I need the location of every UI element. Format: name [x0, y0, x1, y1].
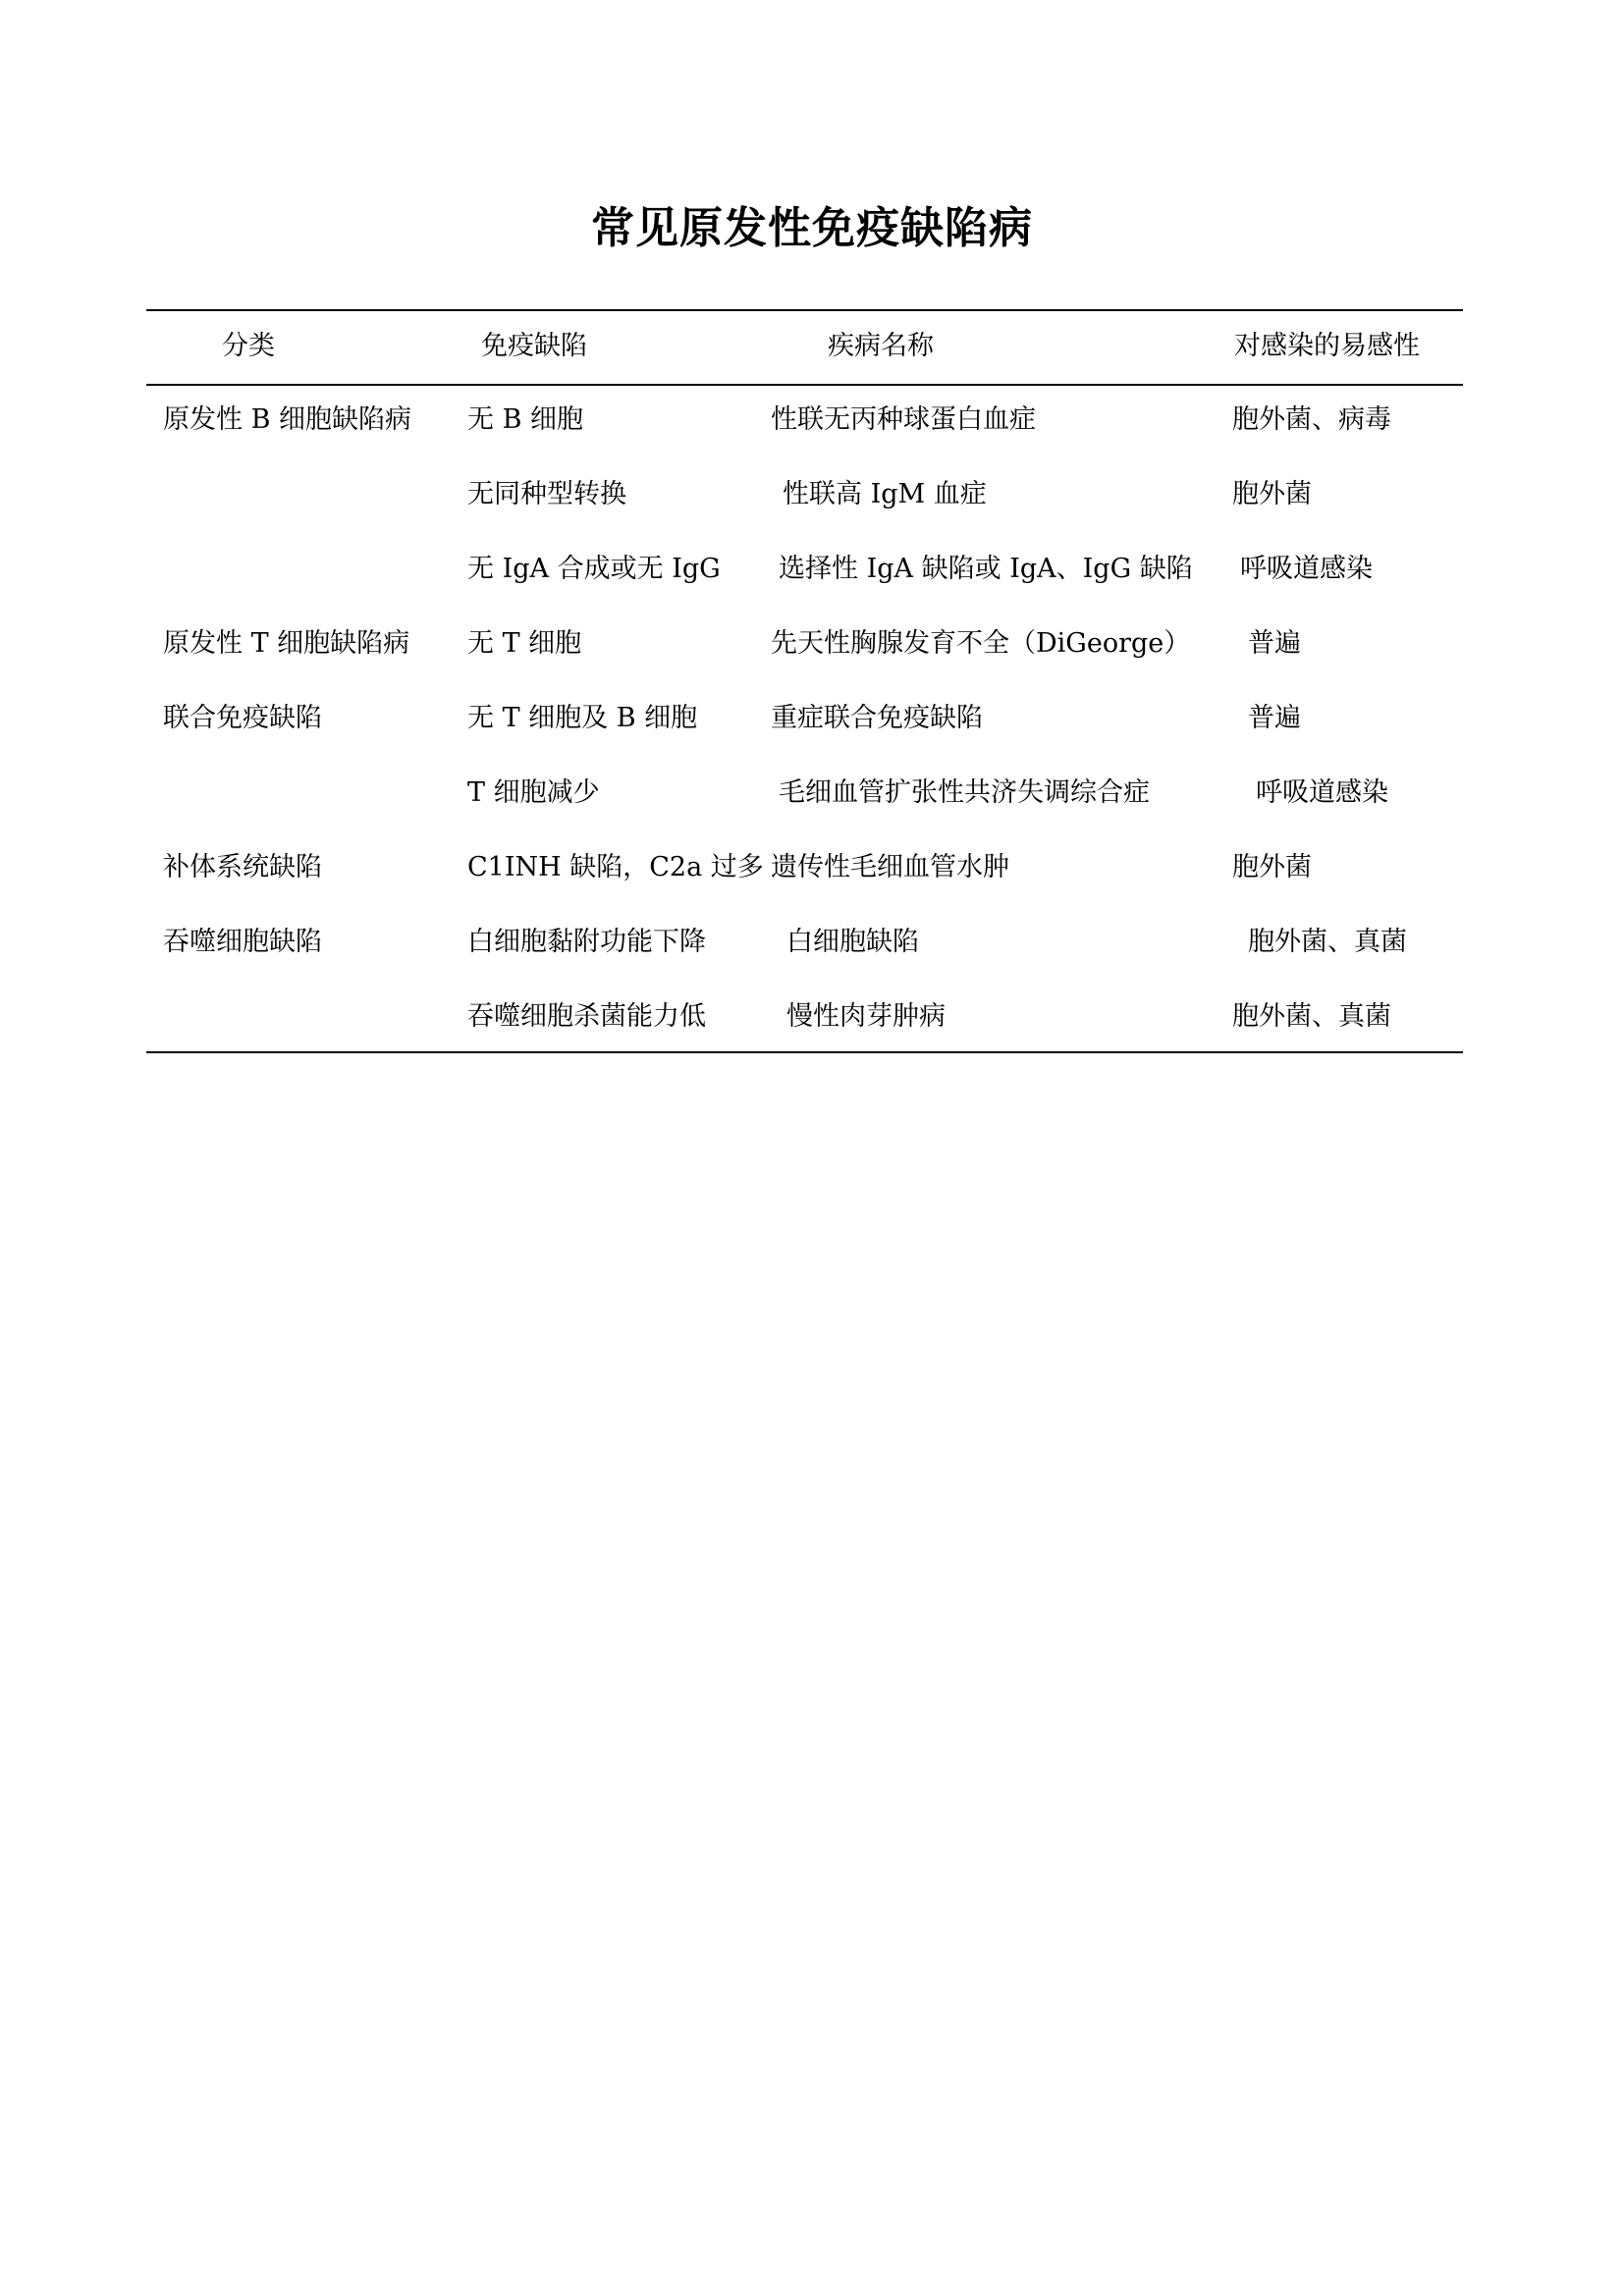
row-disease-name: 性联高 IgM 血症 — [783, 475, 987, 514]
header-susceptibility: 对感染的易感性 — [1234, 327, 1420, 366]
row-susceptibility: 胞外菌、病毒 — [1232, 400, 1391, 440]
row-disease-name: 重症联合免疫缺陷 — [771, 699, 983, 738]
table-header-rule — [146, 384, 1463, 386]
row-susceptibility: 呼吸道感染 — [1240, 550, 1373, 589]
page-title: 常见原发性免疫缺陷病 — [0, 194, 1624, 263]
row-immune-defect: C1INH 缺陷，C2a 过多 — [467, 848, 764, 887]
row-disease-name: 遗传性毛细血管水肿 — [771, 848, 1009, 887]
header-category: 分类 — [222, 327, 275, 366]
row-category: 吞噬细胞缺陷 — [163, 923, 322, 962]
row-disease-name: 先天性胸腺发育不全（DiGeorge） — [771, 624, 1190, 664]
row-immune-defect: 白细胞黏附功能下降 — [467, 923, 706, 962]
row-disease-name: 性联无丙种球蛋白血症 — [771, 400, 1036, 440]
header-immune-defect: 免疫缺陷 — [481, 327, 587, 366]
row-disease-name: 毛细血管扩张性共济失调综合症 — [779, 774, 1150, 813]
row-susceptibility: 胞外菌、真菌 — [1232, 997, 1391, 1037]
table-bottom-rule — [146, 1051, 1463, 1053]
row-immune-defect: 无同种型转换 — [467, 475, 626, 514]
header-disease-name: 疾病名称 — [828, 327, 934, 366]
row-disease-name: 慢性肉芽肿病 — [786, 997, 946, 1037]
row-immune-defect: 无 B 细胞 — [467, 400, 583, 440]
row-susceptibility: 胞外菌 — [1232, 475, 1312, 514]
row-susceptibility: 胞外菌、真菌 — [1248, 923, 1407, 962]
row-disease-name: 白细胞缺陷 — [786, 923, 919, 962]
row-susceptibility: 胞外菌 — [1232, 848, 1312, 887]
row-category: 原发性 T 细胞缺陷病 — [163, 624, 409, 664]
row-susceptibility: 呼吸道感染 — [1256, 774, 1388, 813]
row-disease-name: 选择性 IgA 缺陷或 IgA、IgG 缺陷 — [779, 550, 1193, 589]
row-category: 原发性 B 细胞缺陷病 — [163, 400, 411, 440]
row-immune-defect: 无 T 细胞 — [467, 624, 581, 664]
row-immune-defect: 无 IgA 合成或无 IgG — [467, 550, 721, 589]
row-category: 联合免疫缺陷 — [163, 699, 322, 738]
row-immune-defect: 无 T 细胞及 B 细胞 — [467, 699, 697, 738]
row-immune-defect: 吞噬细胞杀菌能力低 — [467, 997, 706, 1037]
row-immune-defect: T 细胞减少 — [467, 774, 600, 813]
row-susceptibility: 普遍 — [1248, 699, 1301, 738]
row-category: 补体系统缺陷 — [163, 848, 322, 887]
table-top-rule — [146, 309, 1463, 311]
row-susceptibility: 普遍 — [1248, 624, 1301, 664]
